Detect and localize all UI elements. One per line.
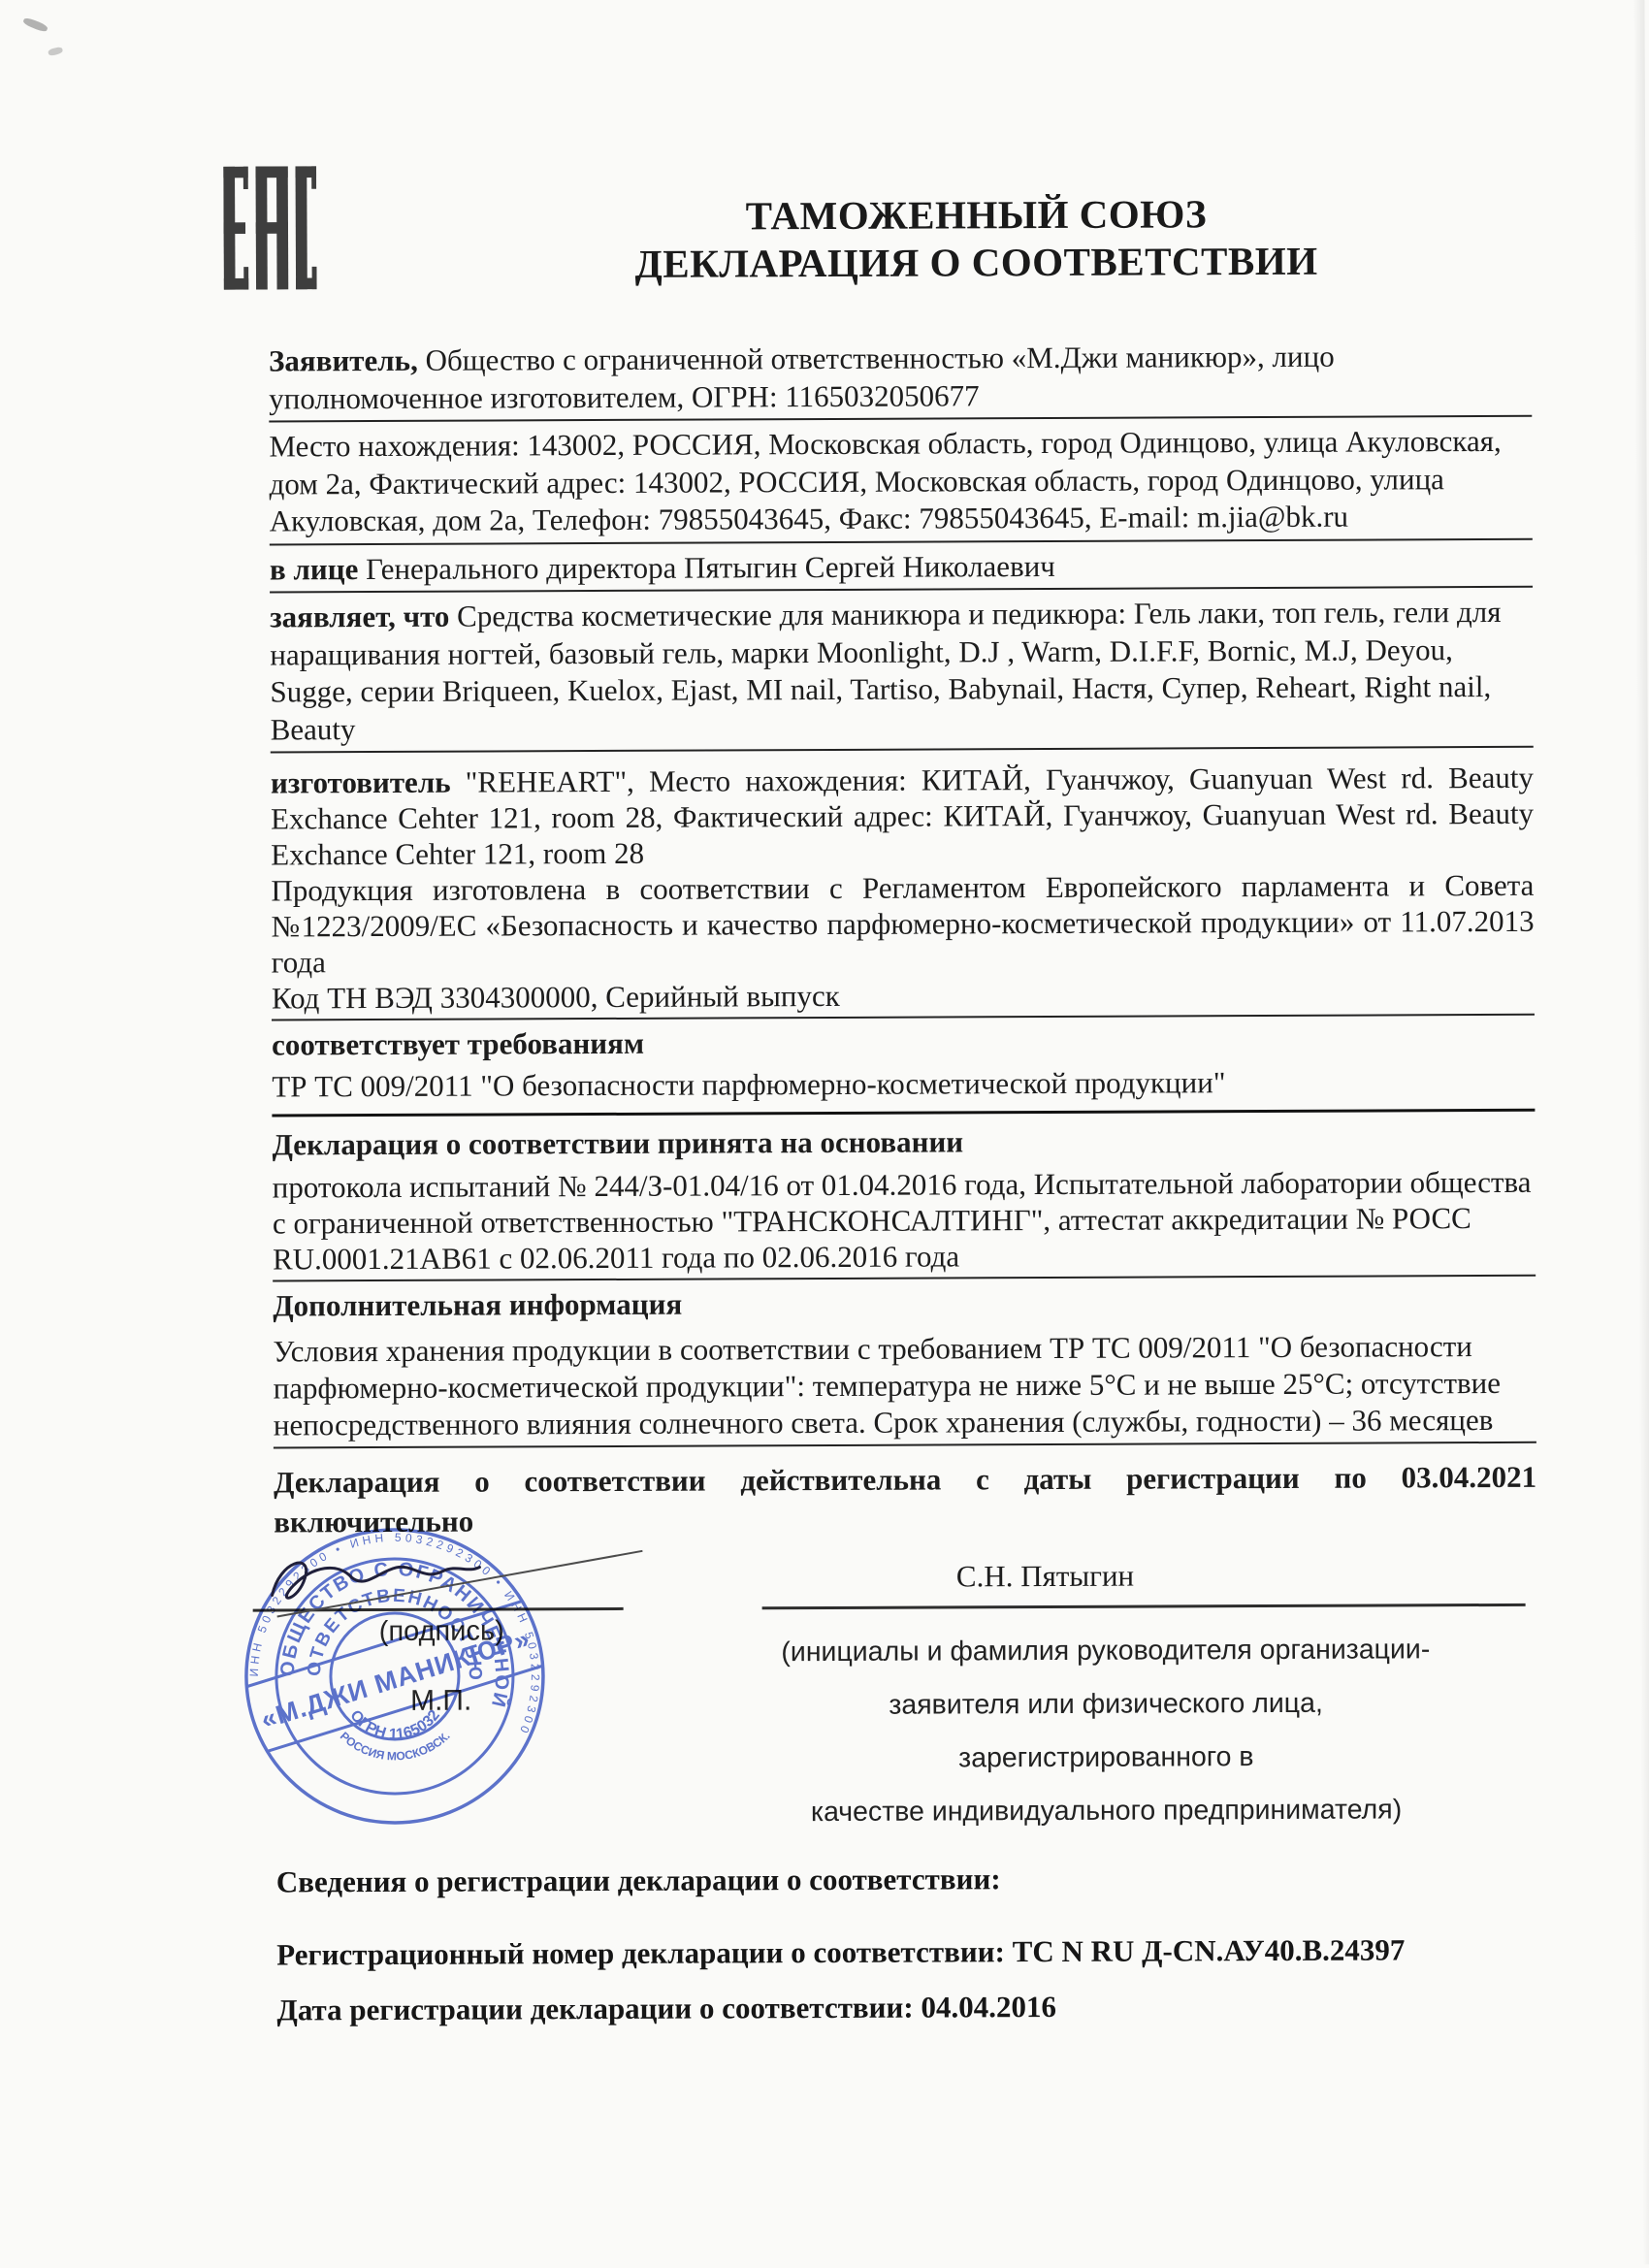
protocol-text: протокола испытаний № 244/З-01.04/16 от … (273, 1165, 1532, 1277)
name-caption-line-1: (инициалы и фамилия руководителя организ… (769, 1623, 1442, 1679)
storage-text: Условия хранения продукции в соответстви… (273, 1329, 1501, 1442)
location-section: Место нахождения: 143002, РОССИЯ, Москов… (269, 423, 1533, 545)
declaration-document: ТАМОЖЕННЫЙ СОЮЗ ДЕКЛАРАЦИЯ О СООТВЕТСТВИ… (0, 0, 1649, 2268)
declares-section: заявляет, чтоСредства косметические для … (270, 594, 1534, 754)
tr-ts-text: ТР ТС 009/2011 "О безопасности парфюмерн… (272, 1065, 1225, 1103)
name-caption-line-3: качестве индивидуального предпринимателя… (769, 1783, 1442, 1839)
signature-scribble (242, 1530, 660, 1638)
applicant-label: Заявитель, (269, 343, 426, 378)
production-text: Продукция изготовлена в соответствии с Р… (271, 868, 1534, 980)
in-person-section: в лицеГенерального директора Пятыгин Сер… (270, 545, 1533, 593)
tr-ts-section: ТР ТС 009/2011 "О безопасности парфюмерн… (272, 1063, 1535, 1118)
eac-logo-icon (223, 166, 317, 289)
declares-label: заявляет, что (270, 599, 457, 634)
production-section: Продукция изготовлена в соответствии с Р… (271, 867, 1534, 981)
head-name: С.Н. Пятыгин (856, 1558, 1234, 1595)
name-caption-line-2: заявителя или физического лица, зарегист… (769, 1676, 1442, 1786)
applicant-block: Заявитель,Общество с ограниченной ответс… (269, 338, 1534, 760)
in-person-label: в лице (270, 552, 366, 586)
title-line-1: ТАМОЖЕННЫЙ СОЮЗ (539, 189, 1412, 241)
manufacturer-block: изготовитель"REHEART", Место нахождения:… (271, 760, 1536, 1163)
scan-edge-shadow (1633, 0, 1649, 2264)
protocol-block: протокола испытаний № 244/З-01.04/16 от … (273, 1164, 1536, 1324)
manufacturer-section: изготовитель"REHEART", Место нахождения:… (271, 760, 1534, 873)
name-caption: (инициалы и фамилия руководителя организ… (769, 1623, 1443, 1839)
scan-speck (48, 47, 63, 56)
registration-date-line: Дата регистрации декларации о соответств… (276, 1990, 1056, 2028)
scan-speck (22, 16, 48, 33)
protocol-section: протокола испытаний № 244/З-01.04/16 от … (273, 1164, 1536, 1282)
storage-section: Условия хранения продукции в соответстви… (273, 1328, 1536, 1449)
signature-line-right (762, 1604, 1526, 1609)
storage-block: Условия хранения продукции в соответстви… (273, 1328, 1536, 1455)
tnved-section: Код ТН ВЭД 3304300000, Серийный выпуск (272, 975, 1535, 1021)
applicant-text: Общество с ограниченной ответственностью… (269, 340, 1335, 415)
basis-heading: Декларация о соответствии принята на осн… (272, 1121, 1535, 1163)
complies-heading: соответствует требованиям (272, 1021, 1535, 1063)
manufacturer-label: изготовитель (271, 765, 466, 800)
additional-heading: Дополнительная информация (273, 1282, 1536, 1324)
location-text: Место нахождения: 143002, РОССИЯ, Москов… (269, 424, 1502, 538)
document-title: ТАМОЖЕННЫЙ СОЮЗ ДЕКЛАРАЦИЯ О СООТВЕТСТВИ… (539, 189, 1412, 288)
title-line-2: ДЕКЛАРАЦИЯ О СООТВЕТСТВИИ (539, 237, 1412, 288)
applicant-section: Заявитель,Общество с ограниченной ответс… (269, 338, 1532, 423)
tnved-text: Код ТН ВЭД 3304300000, Серийный выпуск (272, 979, 840, 1016)
registration-info-heading: Сведения о регистрации декларации о соот… (276, 1862, 1001, 1899)
validity-line-1: Декларация о соответствии действительна … (274, 1457, 1536, 1503)
registration-number-line: Регистрационный номер декларации о соотв… (276, 1932, 1405, 1972)
in-person-text: Генерального директора Пятыгин Сергей Ни… (366, 548, 1055, 585)
